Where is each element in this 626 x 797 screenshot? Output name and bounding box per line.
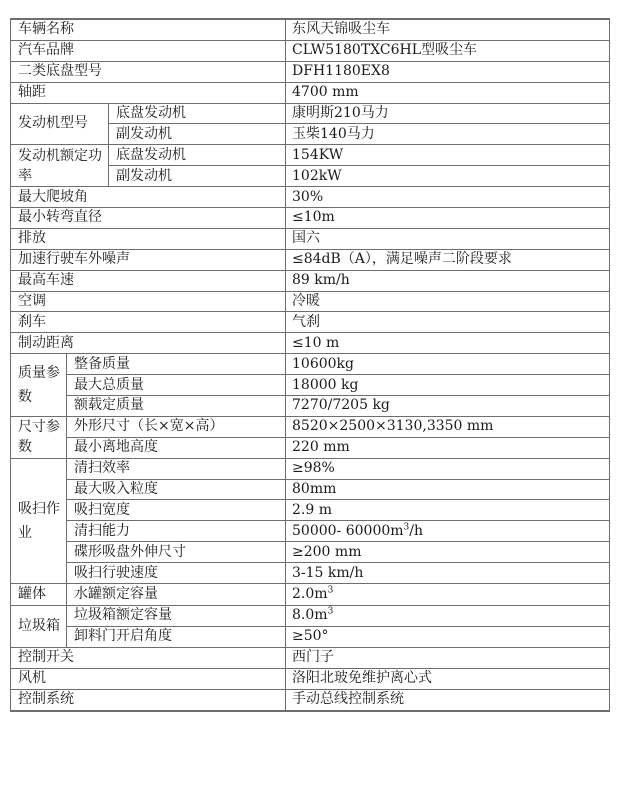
table-row: 吸扫作业 清扫效率 ≥98% bbox=[11, 458, 610, 479]
row-value: 80mm bbox=[286, 479, 610, 500]
group-label: 罐体 bbox=[11, 584, 67, 606]
row-label: 车辆名称 bbox=[11, 19, 286, 40]
row-label: 加速行驶车外噪声 bbox=[11, 249, 286, 270]
table-row: 碟形吸盘外伸尺寸 ≥200 mm bbox=[11, 542, 610, 563]
table-row: 排放 国六 bbox=[11, 228, 610, 249]
row-value: 2.9 m bbox=[286, 500, 610, 521]
table-row: 最大总质量 18000 kg bbox=[11, 375, 610, 396]
group-label: 尺寸参数 bbox=[11, 416, 67, 458]
row-value: 10600kg bbox=[286, 354, 610, 375]
row-label: 轴距 bbox=[11, 82, 286, 103]
table-row: 吸扫宽度 2.9 m bbox=[11, 500, 610, 521]
value-main: 8.0m bbox=[292, 607, 328, 623]
row-value: 154KW bbox=[286, 145, 610, 166]
row-value: ≥200 mm bbox=[286, 542, 610, 563]
row-value: ≤10 m bbox=[286, 333, 610, 354]
row-value: 东风天锦吸尘车 bbox=[286, 19, 610, 40]
row-value: 气刹 bbox=[286, 312, 610, 333]
row-value: 50000- 60000m3/h bbox=[286, 521, 610, 542]
row-label: 控制系统 bbox=[11, 689, 286, 710]
table-row: 最小转弯直径 ≤10m bbox=[11, 208, 610, 229]
row-value: DFH1180EX8 bbox=[286, 61, 610, 82]
row-label: 额载定质量 bbox=[67, 396, 286, 417]
row-value: 7270/7205 kg bbox=[286, 396, 610, 417]
table-row: 额载定质量 7270/7205 kg bbox=[11, 396, 610, 417]
row-label: 水罐额定容量 bbox=[67, 584, 286, 606]
table-row: 轴距 4700 mm bbox=[11, 82, 610, 103]
row-label: 空调 bbox=[11, 291, 286, 312]
row-value: 30% bbox=[286, 187, 610, 208]
row-label: 碟形吸盘外伸尺寸 bbox=[67, 542, 286, 563]
row-value: ≤10m bbox=[286, 208, 610, 229]
row-value: 220 mm bbox=[286, 437, 610, 458]
row-value: ≥98% bbox=[286, 458, 610, 479]
table-row: 最小离地高度 220 mm bbox=[11, 437, 610, 458]
row-value: 102kW bbox=[286, 166, 610, 187]
table-row: 垃圾箱 垃圾箱额定容量 8.0m3 bbox=[11, 606, 610, 627]
row-label: 最高车速 bbox=[11, 270, 286, 291]
table-row: 最高车速 89 km/h bbox=[11, 270, 610, 291]
row-label: 垃圾箱额定容量 bbox=[67, 606, 286, 627]
table-row: 发动机型号 底盘发动机 康明斯210马力 bbox=[11, 103, 610, 124]
row-label: 二类底盘型号 bbox=[11, 61, 286, 82]
row-label: 最大吸入粒度 bbox=[67, 479, 286, 500]
group-label: 发动机额定功率 bbox=[11, 145, 109, 187]
table-row: 刹车 气刹 bbox=[11, 312, 610, 333]
row-value: CLW5180TXC6HL型吸尘车 bbox=[286, 40, 610, 61]
row-value: 18000 kg bbox=[286, 375, 610, 396]
row-value: 2.0m3 bbox=[286, 584, 610, 606]
row-label: 整备质量 bbox=[67, 354, 286, 375]
row-label: 排放 bbox=[11, 228, 286, 249]
row-value: 玉柴140马力 bbox=[286, 124, 610, 145]
table-row: 加速行驶车外噪声 ≤84dB（A），满足噪声二阶段要求 bbox=[11, 249, 610, 270]
table-row: 控制开关 西门子 bbox=[11, 647, 610, 668]
row-value: 手动总线控制系统 bbox=[286, 689, 610, 710]
table-row: 制动距离 ≤10 m bbox=[11, 333, 610, 354]
table-row: 尺寸参数 外形尺寸（长×宽×高） 8520×2500×3130,3350 mm bbox=[11, 416, 610, 437]
row-label: 汽车品牌 bbox=[11, 40, 286, 61]
value-main: 2.0m bbox=[292, 586, 328, 602]
row-value: ≥50° bbox=[286, 626, 610, 647]
row-label: 控制开关 bbox=[11, 647, 286, 668]
row-value: 4700 mm bbox=[286, 82, 610, 103]
table-row: 二类底盘型号 DFH1180EX8 bbox=[11, 61, 610, 82]
table-row: 发动机额定功率 底盘发动机 154KW bbox=[11, 145, 610, 166]
value-tail: /h bbox=[409, 523, 423, 539]
row-value: 8520×2500×3130,3350 mm bbox=[286, 416, 610, 437]
row-label: 制动距离 bbox=[11, 333, 286, 354]
table-row: 吸扫行驶速度 3-15 km/h bbox=[11, 563, 610, 584]
group-label: 吸扫作业 bbox=[11, 458, 67, 583]
row-label: 底盘发动机 bbox=[109, 103, 286, 124]
row-value: 国六 bbox=[286, 228, 610, 249]
table-row: 罐体 水罐额定容量 2.0m3 bbox=[11, 584, 610, 606]
table-row: 最大爬坡角 30% bbox=[11, 187, 610, 208]
row-label: 最小转弯直径 bbox=[11, 208, 286, 229]
table-row: 卸料门开启角度 ≥50° bbox=[11, 626, 610, 647]
spec-table: 车辆名称 东风天锦吸尘车 汽车品牌 CLW5180TXC6HL型吸尘车 二类底盘… bbox=[10, 18, 610, 712]
group-label: 发动机型号 bbox=[11, 103, 109, 145]
value-main: 50000- 60000m bbox=[292, 523, 404, 539]
table-row: 空调 冷暖 bbox=[11, 291, 610, 312]
row-value: 西门子 bbox=[286, 647, 610, 668]
row-value: 3-15 km/h bbox=[286, 563, 610, 584]
row-label: 副发动机 bbox=[109, 166, 286, 187]
row-label: 清扫能力 bbox=[67, 521, 286, 542]
group-label: 质量参数 bbox=[11, 354, 67, 417]
row-value: 康明斯210马力 bbox=[286, 103, 610, 124]
row-label: 卸料门开启角度 bbox=[67, 626, 286, 647]
table-row: 风机 洛阳北玻免维护离心式 bbox=[11, 668, 610, 689]
row-label: 最大总质量 bbox=[67, 375, 286, 396]
row-value: 89 km/h bbox=[286, 270, 610, 291]
value-superscript: 3 bbox=[328, 607, 334, 617]
row-value: 8.0m3 bbox=[286, 606, 610, 627]
row-label: 吸扫宽度 bbox=[67, 500, 286, 521]
group-label: 垃圾箱 bbox=[11, 606, 67, 648]
row-label: 清扫效率 bbox=[67, 458, 286, 479]
row-label: 副发动机 bbox=[109, 124, 286, 145]
table-row: 质量参数 整备质量 10600kg bbox=[11, 354, 610, 375]
row-label: 底盘发动机 bbox=[109, 145, 286, 166]
row-value: 洛阳北玻免维护离心式 bbox=[286, 668, 610, 689]
row-label: 刹车 bbox=[11, 312, 286, 333]
table-row: 最大吸入粒度 80mm bbox=[11, 479, 610, 500]
row-label: 风机 bbox=[11, 668, 286, 689]
row-label: 最大爬坡角 bbox=[11, 187, 286, 208]
table-row: 汽车品牌 CLW5180TXC6HL型吸尘车 bbox=[11, 40, 610, 61]
row-label: 吸扫行驶速度 bbox=[67, 563, 286, 584]
table-row: 清扫能力 50000- 60000m3/h bbox=[11, 521, 610, 542]
row-value: 冷暖 bbox=[286, 291, 610, 312]
row-label: 最小离地高度 bbox=[67, 437, 286, 458]
table-row: 车辆名称 东风天锦吸尘车 bbox=[11, 19, 610, 40]
table-row: 控制系统 手动总线控制系统 bbox=[11, 689, 610, 710]
value-superscript: 3 bbox=[328, 585, 334, 595]
row-value: ≤84dB（A），满足噪声二阶段要求 bbox=[286, 249, 610, 270]
row-label: 外形尺寸（长×宽×高） bbox=[67, 416, 286, 437]
